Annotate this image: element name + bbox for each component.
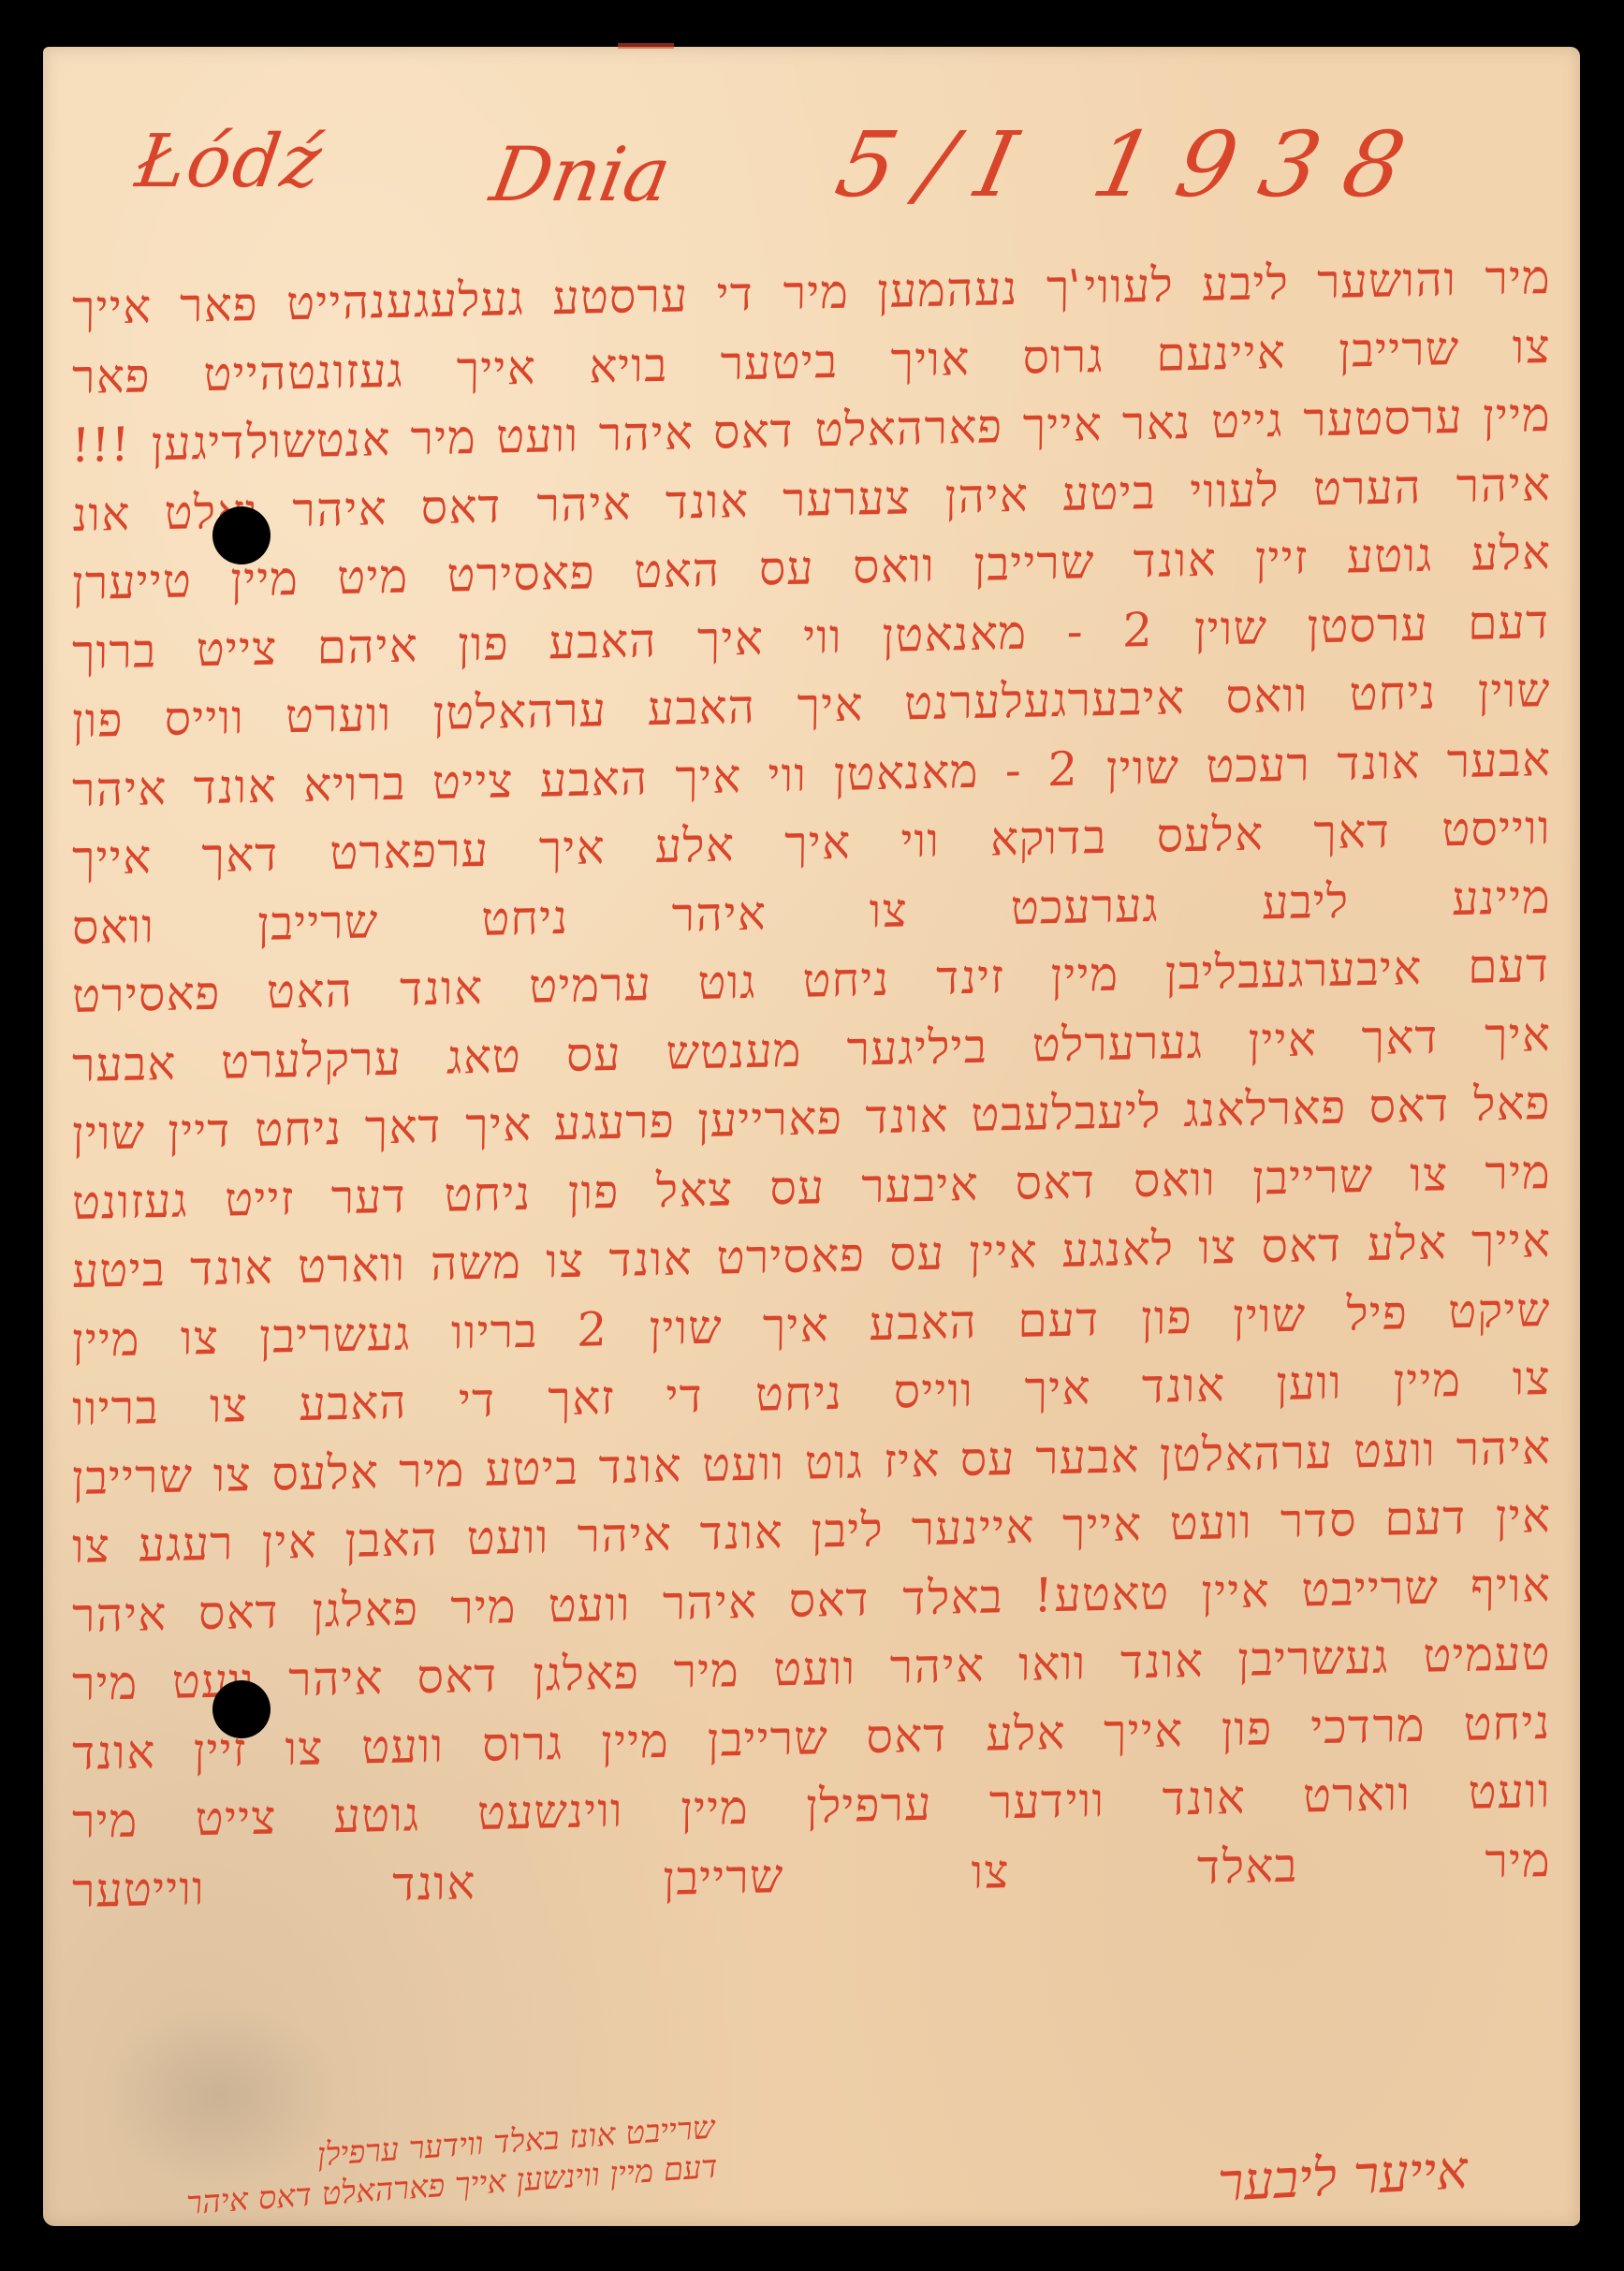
postcard: Łódź Dnia 5/I 1938 מיר והושער ליבע לעווי… xyxy=(43,47,1580,2226)
letter-body: מיר והושער ליבע לעווי'ך נעהמען מיר די ער… xyxy=(71,243,1550,1895)
signature: אייער ליבער xyxy=(1216,2140,1469,2214)
ink-mark xyxy=(618,43,674,49)
punch-hole-bottom xyxy=(212,1680,271,1738)
day-word: Dnia xyxy=(485,131,677,218)
punch-hole-top xyxy=(212,506,271,564)
letter-date: 5/I 1938 xyxy=(827,112,1440,217)
letter-header: Łódź Dnia 5/I 1938 xyxy=(118,84,1522,243)
place-name: Łódź xyxy=(131,120,329,204)
